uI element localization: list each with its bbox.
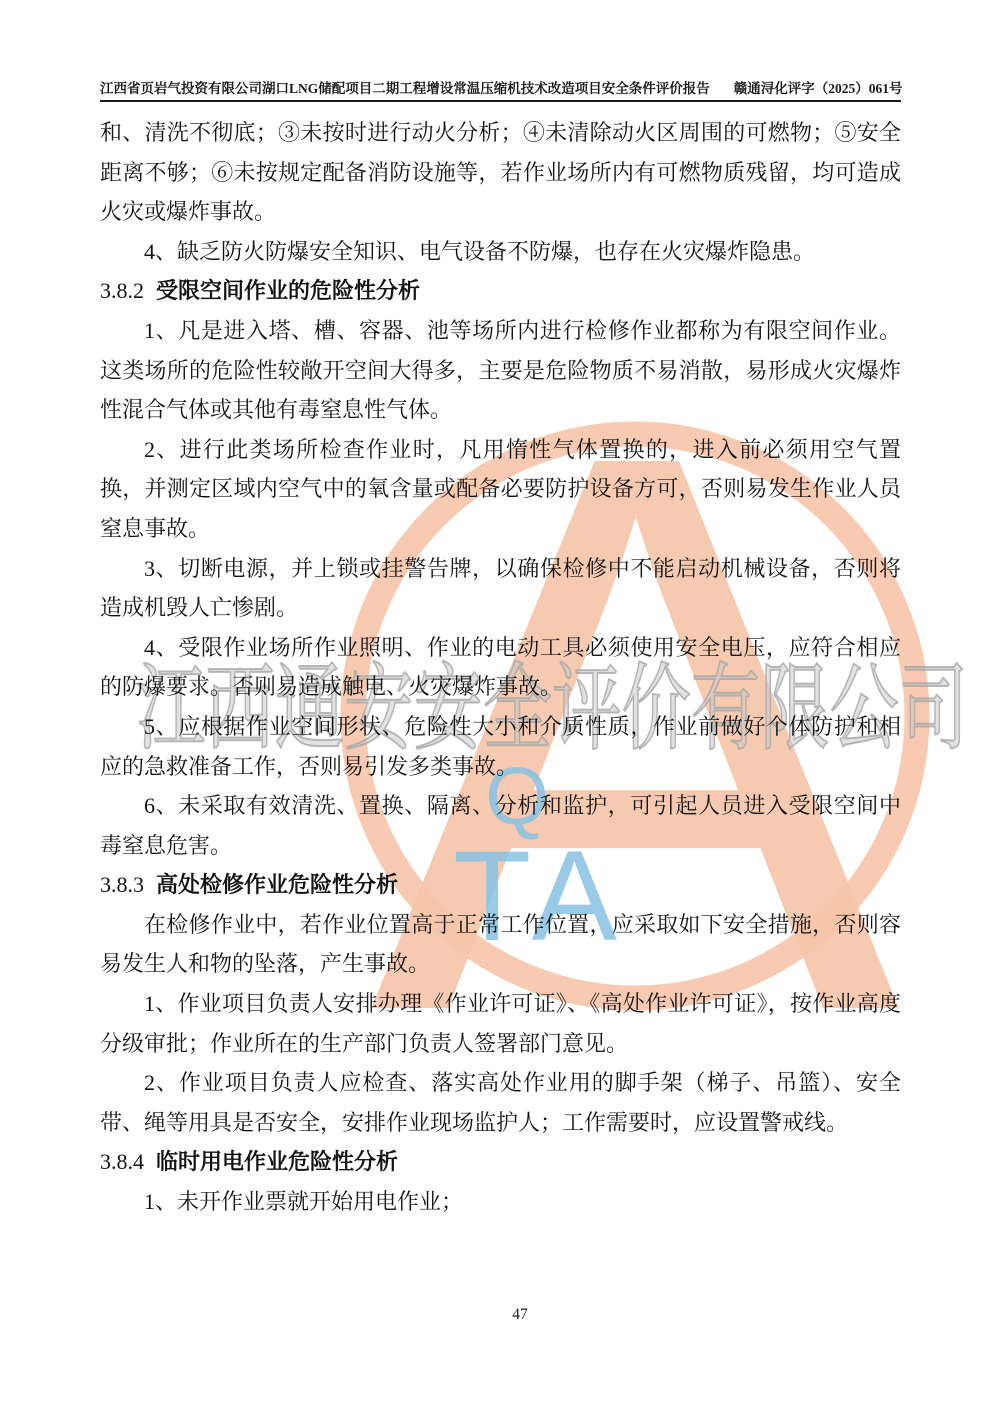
heading-title: 临时用电作业危险性分析: [156, 1149, 398, 1174]
heading-title: 高处检修作业危险性分析: [156, 872, 398, 897]
document-page: A Q TA 江西通安安全评价有限公司 江西省页岩气投资有限公司湖口LNG储配项…: [0, 0, 1000, 1414]
document-body: 和、清洗不彻底；③未按时进行动火分析；④未清除动火区周围的可燃物；⑤安全距离不够…: [100, 113, 901, 1222]
section-heading-3-8-3: 3.8.3高处检修作业危险性分析: [100, 865, 901, 905]
paragraph: 4、缺乏防火防爆安全知识、电气设备不防爆，也存在火灾爆炸隐患。: [100, 232, 901, 272]
heading-number: 3.8.4: [100, 1149, 144, 1174]
section-heading-3-8-4: 3.8.4临时用电作业危险性分析: [100, 1142, 901, 1182]
section-heading-3-8-2: 3.8.2受限空间作业的危险性分析: [100, 271, 901, 311]
paragraph: 6、未采取有效清洗、置换、隔离、分析和监护，可引起人员进入受限空间中毒窒息危害。: [100, 786, 901, 865]
page-header: 江西省页岩气投资有限公司湖口LNG储配项目二期工程增设常温压缩机技术改造项目安全…: [100, 80, 901, 102]
paragraph: 在检修作业中，若作业位置高于正常工作位置，应采取如下安全措施，否则容易发生人和物…: [100, 905, 901, 984]
paragraph: 2、进行此类场所检查作业时，凡用惰性气体置换的，进入前必须用空气置换，并测定区域…: [100, 430, 901, 549]
paragraph: 4、受限作业场所作业照明、作业的电动工具必须使用安全电压，应符合相应的防爆要求。…: [100, 628, 901, 707]
page-number: 47: [40, 1306, 1000, 1324]
heading-title: 受限空间作业的危险性分析: [156, 278, 420, 303]
paragraph: 2、作业项目负责人应检查、落实高处作业用的脚手架（梯子、吊篮）、安全带、绳等用具…: [100, 1063, 901, 1142]
document-number: 赣通浔化评字（2025）061号: [734, 80, 903, 97]
paragraph: 3、切断电源，并上锁或挂警告牌，以确保检修中不能启动机械设备，否则将造成机毁人亡…: [100, 549, 901, 628]
paragraph: 1、作业项目负责人安排办理《作业许可证》、《高处作业许可证》，按作业高度分级审批…: [100, 984, 901, 1063]
heading-number: 3.8.2: [100, 278, 144, 303]
paragraph: 1、未开作业票就开始用电作业；: [100, 1182, 901, 1222]
report-title: 江西省页岩气投资有限公司湖口LNG储配项目二期工程增设常温压缩机技术改造项目安全…: [100, 80, 710, 97]
paragraph: 和、清洗不彻底；③未按时进行动火分析；④未清除动火区周围的可燃物；⑤安全距离不够…: [100, 113, 901, 232]
heading-number: 3.8.3: [100, 872, 144, 897]
paragraph: 1、凡是进入塔、槽、容器、池等场所内进行检修作业都称为有限空间作业。这类场所的危…: [100, 311, 901, 430]
paragraph: 5、应根据作业空间形状、危险性大小和介质性质，作业前做好个体防护和相应的急救准备…: [100, 707, 901, 786]
